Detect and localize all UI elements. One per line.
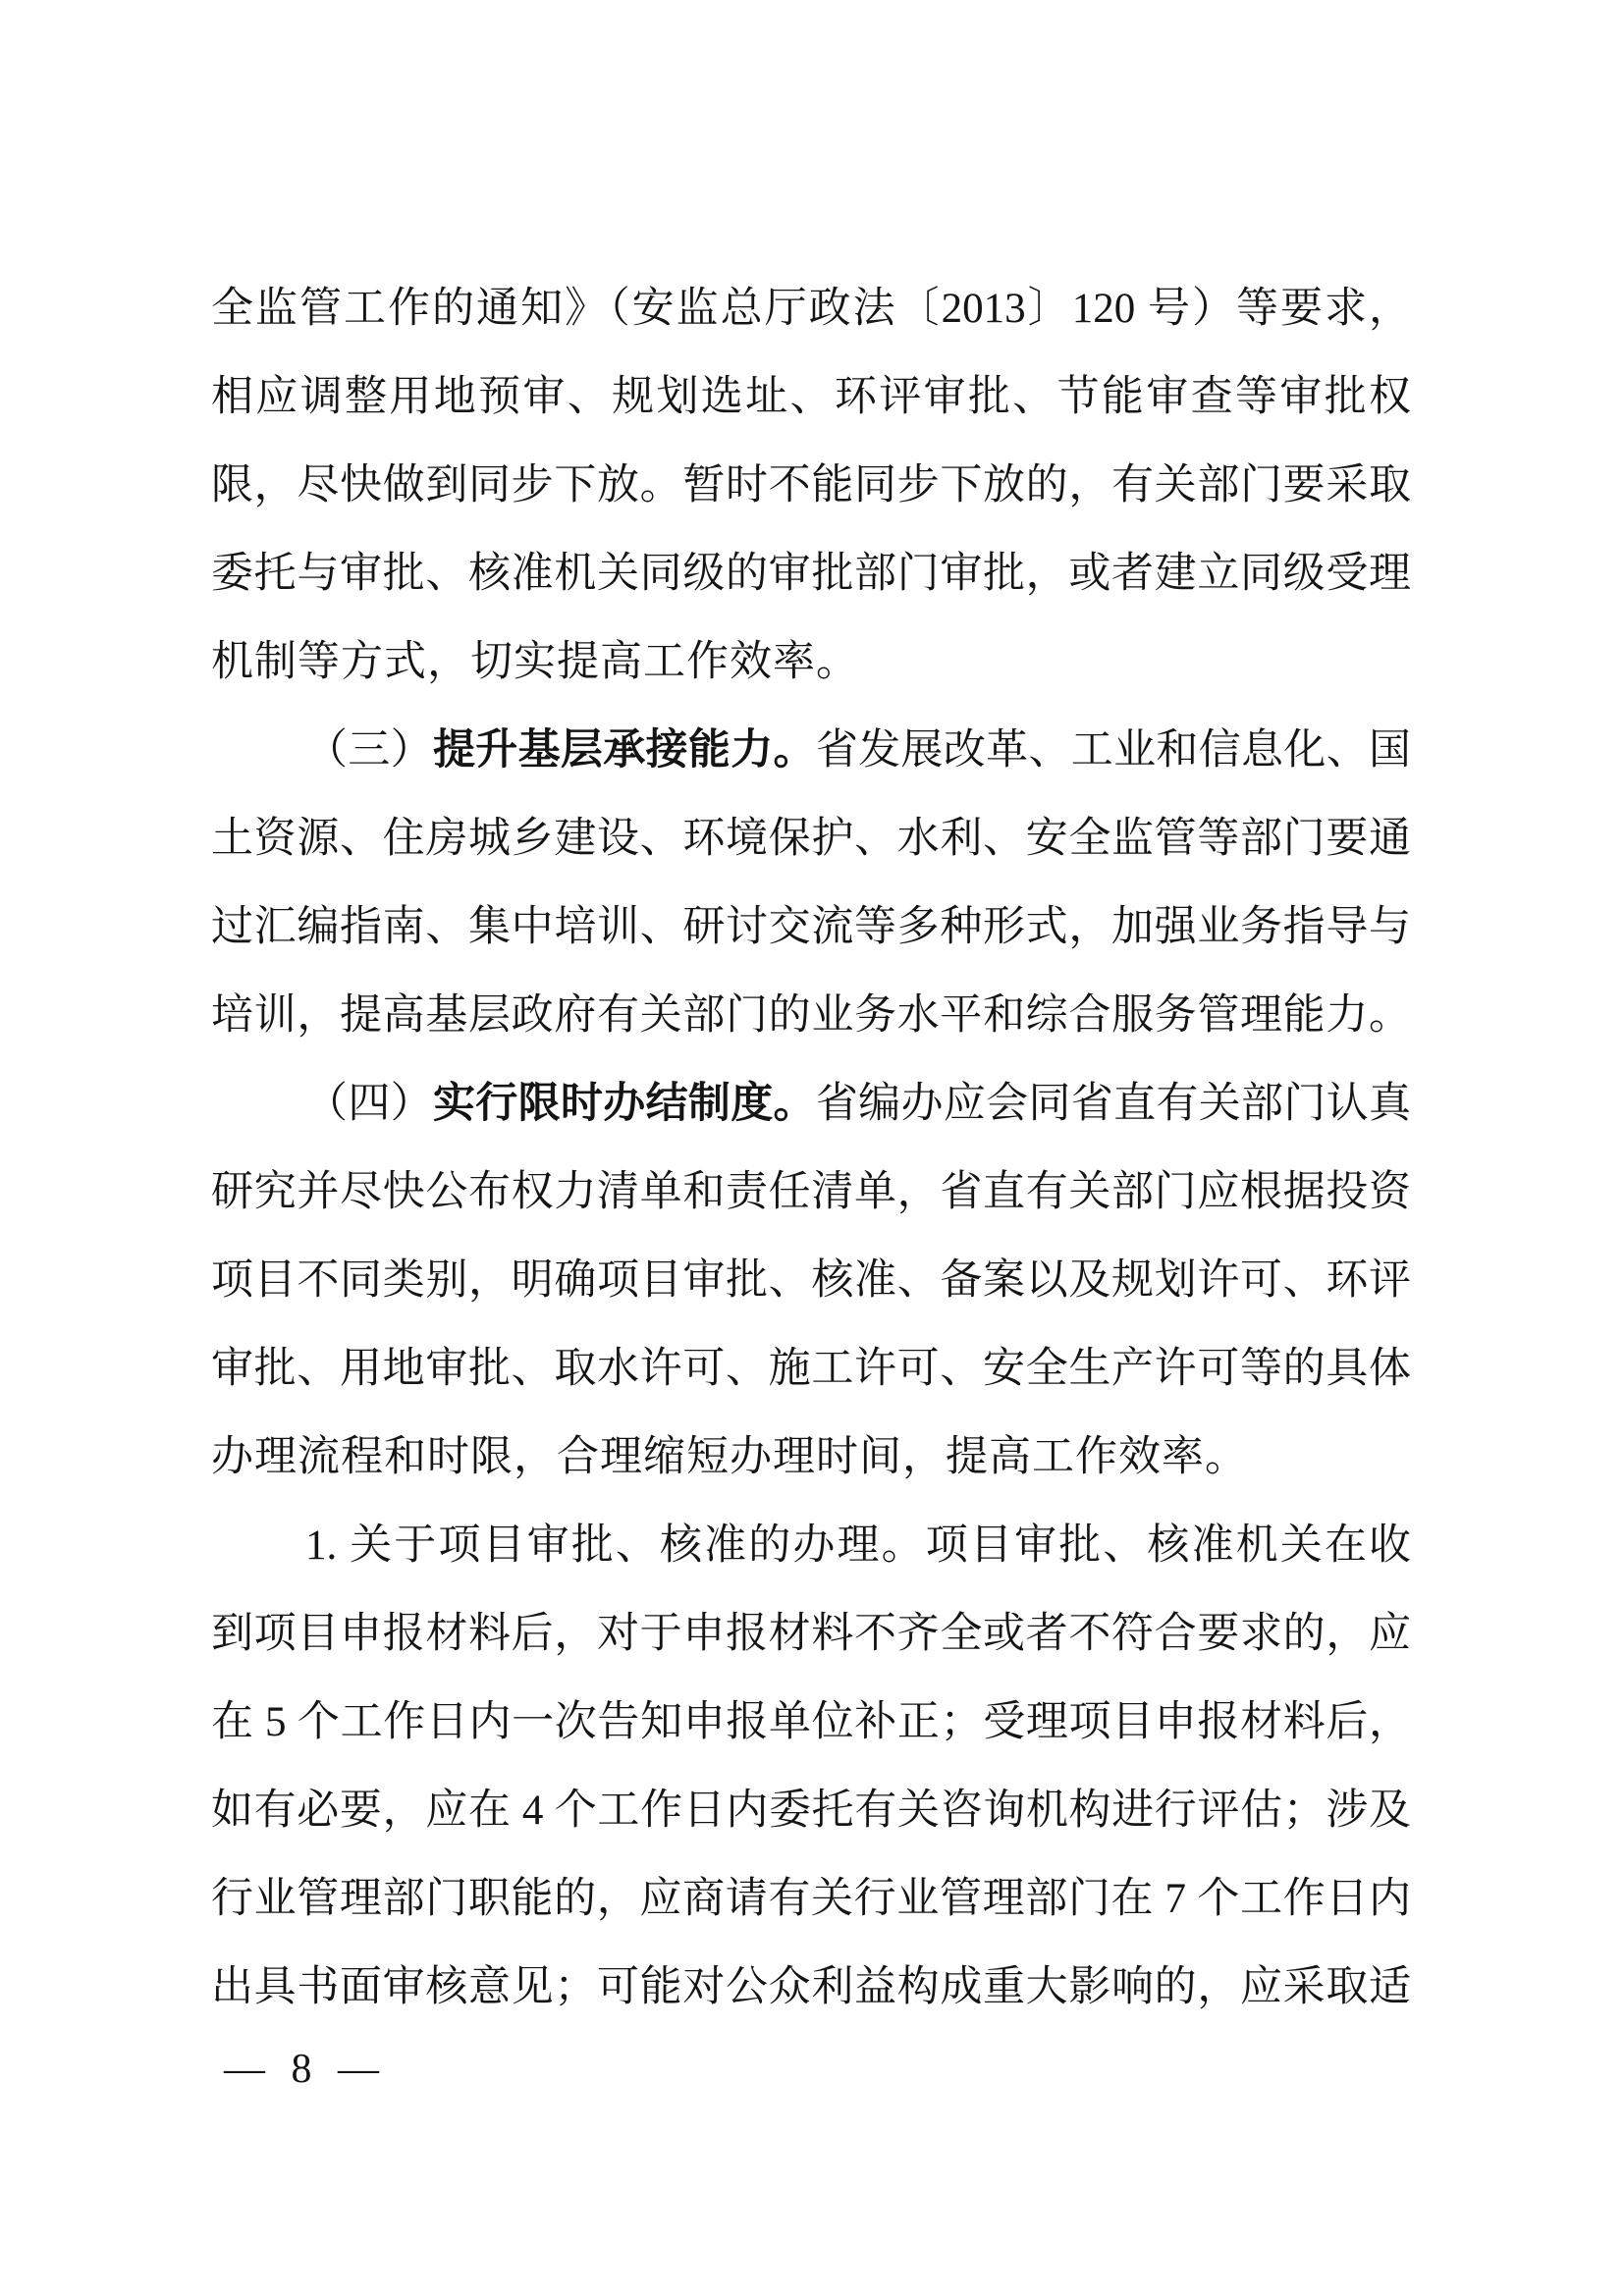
body-text-segment: 全监管工作的通知》（安监总厅政法〔2013〕120 号）等要求， [211, 286, 1411, 332]
body-text-segment: 出具书面审核意见；可能对公众利益构成重大影响的，应采取适 [211, 1964, 1411, 2010]
text-line: 相应调整用地预审、规划选址、环评审批、节能审查等审批权 [211, 353, 1411, 442]
body-text-segment: 研究并尽快公布权力清单和责任清单，省直有关部门应根据投资 [211, 1169, 1411, 1215]
body-text-segment: 项目不同类别，明确项目审批、核准、备案以及规划许可、环评 [211, 1257, 1411, 1304]
body-text-segment: 过汇编指南、集中培训、研讨交流等多种形式，加强业务指导与 [211, 904, 1411, 950]
body-text-segment: 限，尽快做到同步下放。暂时不能同步下放的，有关部门要采取 [211, 462, 1411, 508]
text-line: 办理流程和时限，合理缩短办理时间，提高工作效率。 [211, 1414, 1411, 1502]
text-line: 1. 关于项目审批、核准的办理。项目审批、核准机关在收 [211, 1502, 1411, 1590]
body-text-segment: 培训，提高基层政府有关部门的业务水平和综合服务管理能力。 [211, 992, 1411, 1039]
body-text-segment: 省编办应会同省直有关部门认真 [816, 1081, 1411, 1127]
text-line: 过汇编指南、集中培训、研讨交流等多种形式，加强业务指导与 [211, 883, 1411, 972]
body-text-segment: 委托与审批、核准机关同级的审批部门审批，或者建立同级受理 [211, 551, 1411, 597]
body-text-segment: 行业管理部门职能的，应商请有关行业管理部门在 7 个工作日内 [211, 1876, 1411, 1922]
body-text-segment: 在 5 个工作日内一次告知申报单位补正；受理项目申报材料后， [211, 1699, 1411, 1745]
text-line: 在 5 个工作日内一次告知申报单位补正；受理项目申报材料后， [211, 1679, 1411, 1767]
text-line: 机制等方式，切实提高工作效率。 [211, 618, 1411, 707]
text-line: （三）提升基层承接能力。省发展改革、工业和信息化、国 [211, 707, 1411, 795]
text-line: 研究并尽快公布权力清单和责任清单，省直有关部门应根据投资 [211, 1148, 1411, 1237]
body-text-segment: 审批、用地审批、取水许可、施工许可、安全生产许可等的具体 [211, 1346, 1411, 1392]
text-line: 如有必要，应在 4 个工作日内委托有关咨询机构进行评估；涉及 [211, 1767, 1411, 1855]
text-line: 项目不同类别，明确项目审批、核准、备案以及规划许可、环评 [211, 1237, 1411, 1325]
body-text-segment: 到项目申报材料后，对于申报材料不齐全或者不符合要求的，应 [211, 1611, 1411, 1657]
heading-text: 实行限时办结制度。 [433, 1081, 816, 1127]
heading-text: 提升基层承接能力。 [433, 727, 816, 774]
body-text-segment: （三） [305, 727, 433, 774]
text-line: 土资源、住房城乡建设、环境保护、水利、安全监管等部门要通 [211, 795, 1411, 883]
body-text-segment: 省发展改革、工业和信息化、国 [816, 727, 1411, 774]
body-text-segment: 办理流程和时限，合理缩短办理时间，提高工作效率。 [211, 1434, 1248, 1480]
body-text: 全监管工作的通知》（安监总厅政法〔2013〕120 号）等要求，相应调整用地预审… [211, 265, 1411, 2032]
text-line: （四）实行限时办结制度。省编办应会同省直有关部门认真 [211, 1060, 1411, 1148]
text-line: 到项目申报材料后，对于申报材料不齐全或者不符合要求的，应 [211, 1590, 1411, 1679]
body-text-segment: 机制等方式，切实提高工作效率。 [211, 639, 859, 685]
text-line: 审批、用地审批、取水许可、施工许可、安全生产许可等的具体 [211, 1325, 1411, 1414]
document-page: 全监管工作的通知》（安监总厅政法〔2013〕120 号）等要求，相应调整用地预审… [0, 0, 1624, 2296]
text-line: 全监管工作的通知》（安监总厅政法〔2013〕120 号）等要求， [211, 265, 1411, 353]
body-text-segment: （四） [305, 1081, 433, 1127]
body-text-segment: 如有必要，应在 4 个工作日内委托有关咨询机构进行评估；涉及 [211, 1788, 1411, 1834]
body-text-segment: 土资源、住房城乡建设、环境保护、水利、安全监管等部门要通 [211, 816, 1411, 862]
body-text-segment: 相应调整用地预审、规划选址、环评审批、节能审查等审批权 [211, 374, 1411, 420]
page-number-footer: — 8 — [224, 2045, 382, 2094]
text-line: 委托与审批、核准机关同级的审批部门审批，或者建立同级受理 [211, 530, 1411, 618]
text-line: 培训，提高基层政府有关部门的业务水平和综合服务管理能力。 [211, 972, 1411, 1060]
text-line: 限，尽快做到同步下放。暂时不能同步下放的，有关部门要采取 [211, 442, 1411, 530]
text-line: 行业管理部门职能的，应商请有关行业管理部门在 7 个工作日内 [211, 1855, 1411, 1944]
text-line: 出具书面审核意见；可能对公众利益构成重大影响的，应采取适 [211, 1944, 1411, 2032]
body-text-segment: 1. 关于项目审批、核准的办理。项目审批、核准机关在收 [305, 1522, 1411, 1569]
